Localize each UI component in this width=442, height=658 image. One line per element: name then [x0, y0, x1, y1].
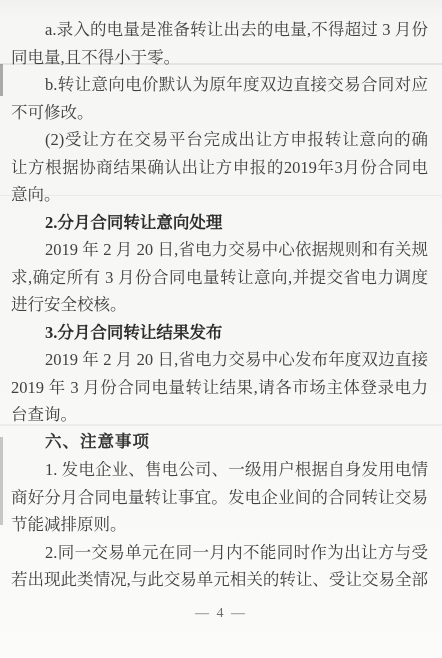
text-line: 同电量,且不得小于零。 [11, 44, 428, 72]
note-a-paragraph: a.录入的电量是准备转让出去的电量,不得超过 3 月份原合 同电量,且不得小于零… [11, 16, 428, 71]
text-line: 1. 发电企业、售电公司、一级用户根据自身发用电情况,协 [11, 456, 428, 484]
text-line: 节能减排原则。 [11, 511, 428, 539]
text-line: 求,确定所有 3 月份合同电量转让意向,并提交省电力调度机构 [11, 264, 428, 292]
section-heading: 六、注意事项 [11, 429, 428, 457]
text-line: 2.同一交易单元在同一月内不能同时作为出让方与受让方, [11, 539, 428, 567]
text-line: 若出现此类情况,与此交易单元相关的转让、受让交易全部无效。 [11, 566, 428, 594]
note-b-paragraph: b.转让意向电价默认为原年度双边直接交易合同对应价格, 不可修改。 [11, 71, 428, 126]
scan-artifact [0, 64, 3, 96]
text-line: a.录入的电量是准备转让出去的电量,不得超过 3 月份原合 [11, 16, 428, 44]
text-line: 台查询。 [11, 401, 428, 429]
page-number: — 4 — [0, 606, 442, 622]
text-line: b.转让意向电价默认为原年度双边直接交易合同对应价格, [11, 71, 428, 99]
item-2-confirmation-paragraph: (2)受让方在交易平台完成出让方申报转让意向的确认。受 让方根据协商结果确认出让… [11, 126, 428, 209]
scan-artifact [0, 437, 3, 525]
text-line: 让方根据协商结果确认出让方申报的2019年3月份合同电量转让 [11, 154, 428, 182]
document-body: a.录入的电量是准备转让出去的电量,不得超过 3 月份原合 同电量,且不得小于零… [11, 16, 428, 594]
text-line: 2019 年 2 月 20 日,省电力交易中心发布年度双边直接交易 [11, 346, 428, 374]
text-line: 意向。 [11, 181, 428, 209]
text-line: (2)受让方在交易平台完成出让方申报转让意向的确认。受 [11, 126, 428, 154]
result-release-paragraph: 2019 年 2 月 20 日,省电力交易中心发布年度双边直接交易 2019 年… [11, 346, 428, 429]
note-1-paragraph: 1. 发电企业、售电公司、一级用户根据自身发用电情况,协 商好分月合同电量转让事… [11, 456, 428, 539]
heading-notes-section: 六、注意事项 [11, 429, 428, 457]
heading-transfer-intent-processing: 2.分月合同转让意向处理 [11, 209, 428, 237]
text-line: 2019 年 2 月 20 日,省电力交易中心依据规则和有关规定要 [11, 236, 428, 264]
text-line: 2019 年 3 月份合同电量转让结果,请各市场主体登录电力交易平 [11, 374, 428, 402]
text-line: 进行安全校核。 [11, 291, 428, 319]
section-heading: 3.分月合同转让结果发布 [11, 319, 428, 347]
intent-processing-paragraph: 2019 年 2 月 20 日,省电力交易中心依据规则和有关规定要 求,确定所有… [11, 236, 428, 319]
text-line: 商好分月合同电量转让事宜。发电企业间的合同转让交易须符合 [11, 484, 428, 512]
heading-transfer-result-release: 3.分月合同转让结果发布 [11, 319, 428, 347]
section-heading: 2.分月合同转让意向处理 [11, 209, 428, 237]
scanned-document-page: a.录入的电量是准备转让出去的电量,不得超过 3 月份原合 同电量,且不得小于零… [0, 0, 442, 658]
note-2-paragraph: 2.同一交易单元在同一月内不能同时作为出让方与受让方, 若出现此类情况,与此交易… [11, 539, 428, 594]
text-line: 不可修改。 [11, 99, 428, 127]
